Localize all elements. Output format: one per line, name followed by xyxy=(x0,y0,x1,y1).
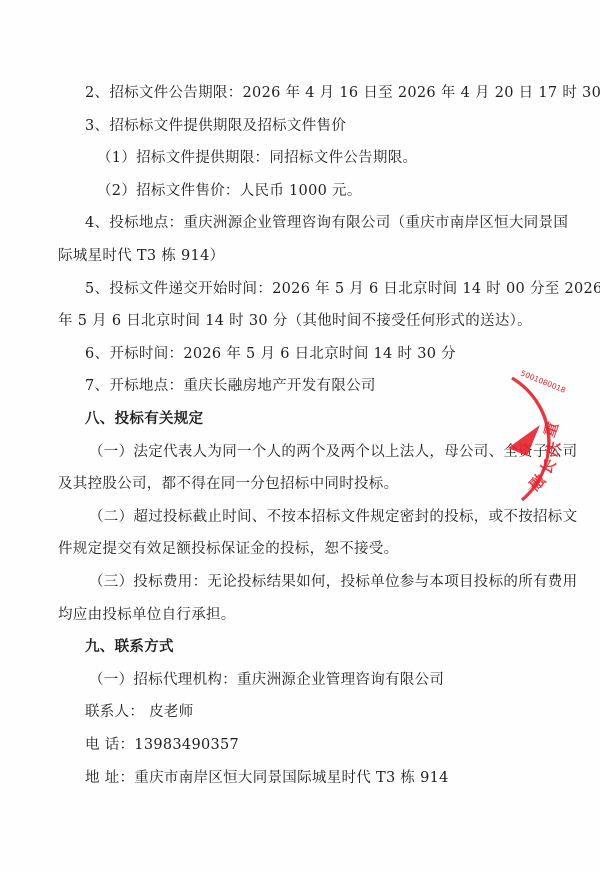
section-heading: 八、投标有关规定 xyxy=(85,409,203,429)
text-line: （一）招标代理机构：重庆洲源企业管理咨询有限公司 xyxy=(89,670,444,690)
text-line: 4、投标地点：重庆洲源企业管理咨询有限公司（重庆市南岸区恒大同景国 xyxy=(85,213,568,233)
text-line: （1）招标文件提供期限：同招标文件公告期限。 xyxy=(97,148,417,168)
text-line: （一）法定代表人为同一个人的两个及两个以上法人，母公司、全资子公司 xyxy=(89,442,577,462)
company-seal-icon: 5001080018 重 庆 长 融 xyxy=(400,350,600,530)
text-line: （2）招标文件售价：人民币 1000 元。 xyxy=(97,181,362,201)
text-line: 地 址：重庆市南岸区恒大同景国际城星时代 T3 栋 914 xyxy=(85,768,449,788)
text-line: 7、开标地点：重庆长融房地产开发有限公司 xyxy=(85,376,376,396)
seal-serial: 5001080018 xyxy=(519,369,567,395)
svg-text:重: 重 xyxy=(540,419,562,439)
svg-text:融: 融 xyxy=(526,470,550,494)
text-line: 联系人： 皮老师 xyxy=(85,702,194,722)
text-line: 及其控股公司，都不得在同一分包招标中同时投标。 xyxy=(58,474,398,494)
text-line: 2、招标文件公告期限：2026 年 4 月 16 日至 2026 年 4 月 2… xyxy=(85,83,600,103)
text-line: 年 5 月 6 日北京时间 14 时 30 分（其他时间不接受任何形式的送达）。 xyxy=(58,311,532,331)
text-line: 3、招标标文件提供期限及招标文件售价 xyxy=(85,116,346,136)
text-line: （三）投标费用：无论投标结果如何，投标单位参与本项目投标的所有费用 xyxy=(89,572,577,592)
text-line: 际城星时代 T3 栋 914） xyxy=(58,246,224,266)
text-line: 5、投标文件递交开始时间：2026 年 5 月 6 日北京时间 14 时 00 … xyxy=(85,279,600,299)
text-line: 6、开标时间：2026 年 5 月 6 日北京时间 14 时 30 分 xyxy=(85,344,456,364)
document-page: 2、招标文件公告期限：2026 年 4 月 16 日至 2026 年 4 月 2… xyxy=(0,0,600,871)
text-line: 均应由投标单位自行承担。 xyxy=(58,605,236,625)
section-heading: 九、联系方式 xyxy=(85,637,174,657)
text-line: （二）超过投标截止时间、不按本招标文件规定密封的投标，或不按招标文 xyxy=(89,507,577,527)
text-line: 电 话：13983490357 xyxy=(85,735,239,755)
text-line: 件规定提交有效足额投标保证金的投标，恕不接受。 xyxy=(58,539,398,559)
